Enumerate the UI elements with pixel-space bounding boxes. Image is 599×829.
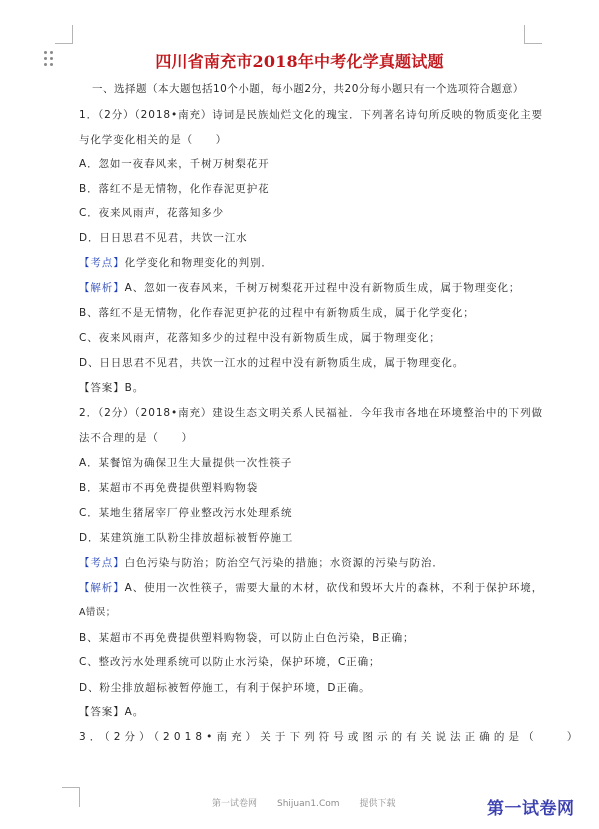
question-2-jiexi-line-c: C、整改污水处理系统可以防止水污染，保护环境，C正确； bbox=[79, 655, 380, 669]
question-2-option-a: A．某餐馆为确保卫生大量提供一次性筷子 bbox=[79, 456, 292, 470]
question-1-answer: 【答案】B。 bbox=[79, 381, 144, 395]
page-corner-mark-top-left bbox=[55, 25, 73, 44]
footer-site-url: Shijuan1.Com bbox=[277, 799, 340, 809]
question-2-jiexi-line-d: D、粉尘排放超标被暂停施工，有利于保护环境，D正确。 bbox=[79, 681, 371, 695]
kaodian-text: 化学变化和物理变化的判别． bbox=[125, 257, 273, 269]
question-1-jiexi-line-b: B、落红不是无情物，化作春泥更护花的过程中有新物质生成，属于化学变化； bbox=[79, 306, 475, 320]
question-1-kaodian: 【考点】化学变化和物理变化的判别． bbox=[79, 256, 273, 270]
question-1-option-a: A．忽如一夜春风来，千树万树梨花开 bbox=[79, 157, 269, 171]
kaodian-tag: 【考点】 bbox=[79, 557, 125, 569]
page-corner-mark-bottom-left bbox=[62, 787, 80, 807]
question-2-stem-line-1: 2．（2分）（2018•南充）建设生态文明关系人民福祉．今年我市各地在环境整治中… bbox=[79, 406, 543, 420]
question-1-option-c: C．夜来风雨声，花落知多少 bbox=[79, 206, 224, 220]
question-1-option-b: B．落红不是无情物，化作春泥更护花 bbox=[79, 182, 270, 196]
jiexi-text: A、忽如一夜春风来，千树万树梨花开过程中没有新物质生成，属于物理变化； bbox=[125, 282, 521, 294]
answer-tag: 【答案】 bbox=[79, 382, 125, 394]
question-2-stem-line-2: 法不合理的是（ ） bbox=[79, 431, 193, 445]
question-1-jiexi-line-d: D、日日思君不见君，共饮一江水的过程中没有新物质生成，属于物理变化。 bbox=[79, 356, 464, 370]
section-heading: 一、选择题（本大题包括10个小题，每小题2分，共20分每小题只有一个选项符合题意… bbox=[92, 82, 524, 96]
question-1-option-d: D．日日思君不见君，共饮一江水 bbox=[79, 231, 248, 245]
answer-value: B。 bbox=[125, 382, 145, 394]
question-2-jiexi-line-a-cont: A错误； bbox=[79, 606, 116, 620]
footer-watermark: 第一试卷网Shijuan1.Com提供下载 bbox=[212, 796, 416, 809]
question-3-stem-line-1: 3．（2分）（2018•南充）关于下列符号或图示的有关说法正确的是（ ） bbox=[79, 730, 581, 744]
document-title: 四川省南充市2018年中考化学真题试题 bbox=[0, 49, 599, 72]
question-2-option-b: B．某超市不再免费提供塑料购物袋 bbox=[79, 481, 258, 495]
question-1-stem-line-2: 与化学变化相关的是（ ） bbox=[79, 133, 227, 147]
page-corner-mark-top-right bbox=[524, 25, 542, 44]
question-2-jiexi: 【解析】A、使用一次性筷子，需要大量的木材，砍伐和毁坏大片的森林，不利于保护环境… bbox=[79, 581, 543, 595]
question-2-answer: 【答案】A。 bbox=[79, 705, 144, 719]
question-1-jiexi: 【解析】A、忽如一夜春风来，千树万树梨花开过程中没有新物质生成，属于物理变化； bbox=[79, 281, 520, 295]
jiexi-tag: 【解析】 bbox=[79, 582, 125, 594]
kaodian-text: 白色污染与防治；防治空气污染的措施；水资源的污染与防治． bbox=[125, 557, 444, 569]
question-1-jiexi-line-c: C、夜来风雨声，花落知多少的过程中没有新物质生成，属于物理变化； bbox=[79, 331, 441, 345]
question-1-stem-line-1: 1．（2分）（2018•南充）诗词是民族灿烂文化的瑰宝．下列著名诗句所反映的物质… bbox=[79, 108, 543, 122]
jiexi-text: A、使用一次性筷子，需要大量的木材，砍伐和毁坏大片的森林，不利于保护环境， bbox=[125, 582, 543, 594]
answer-tag: 【答案】 bbox=[79, 706, 125, 718]
answer-value: A。 bbox=[125, 706, 144, 718]
footer-download-text: 提供下载 bbox=[360, 799, 396, 809]
footer-site-name: 第一试卷网 bbox=[212, 799, 257, 809]
question-2-option-d: D．某建筑施工队粉尘排放超标被暂停施工 bbox=[79, 531, 293, 545]
kaodian-tag: 【考点】 bbox=[79, 257, 125, 269]
question-2-kaodian: 【考点】白色污染与防治；防治空气污染的措施；水资源的污染与防治． bbox=[79, 556, 444, 570]
site-logo: 第一试卷网 bbox=[487, 794, 575, 819]
question-2-option-c: C．某地生猪屠宰厂停业整改污水处理系统 bbox=[79, 506, 292, 520]
question-2-jiexi-line-b: B、某超市不再免费提供塑料购物袋，可以防止白色污染，B正确； bbox=[79, 631, 414, 645]
jiexi-tag: 【解析】 bbox=[79, 282, 125, 294]
